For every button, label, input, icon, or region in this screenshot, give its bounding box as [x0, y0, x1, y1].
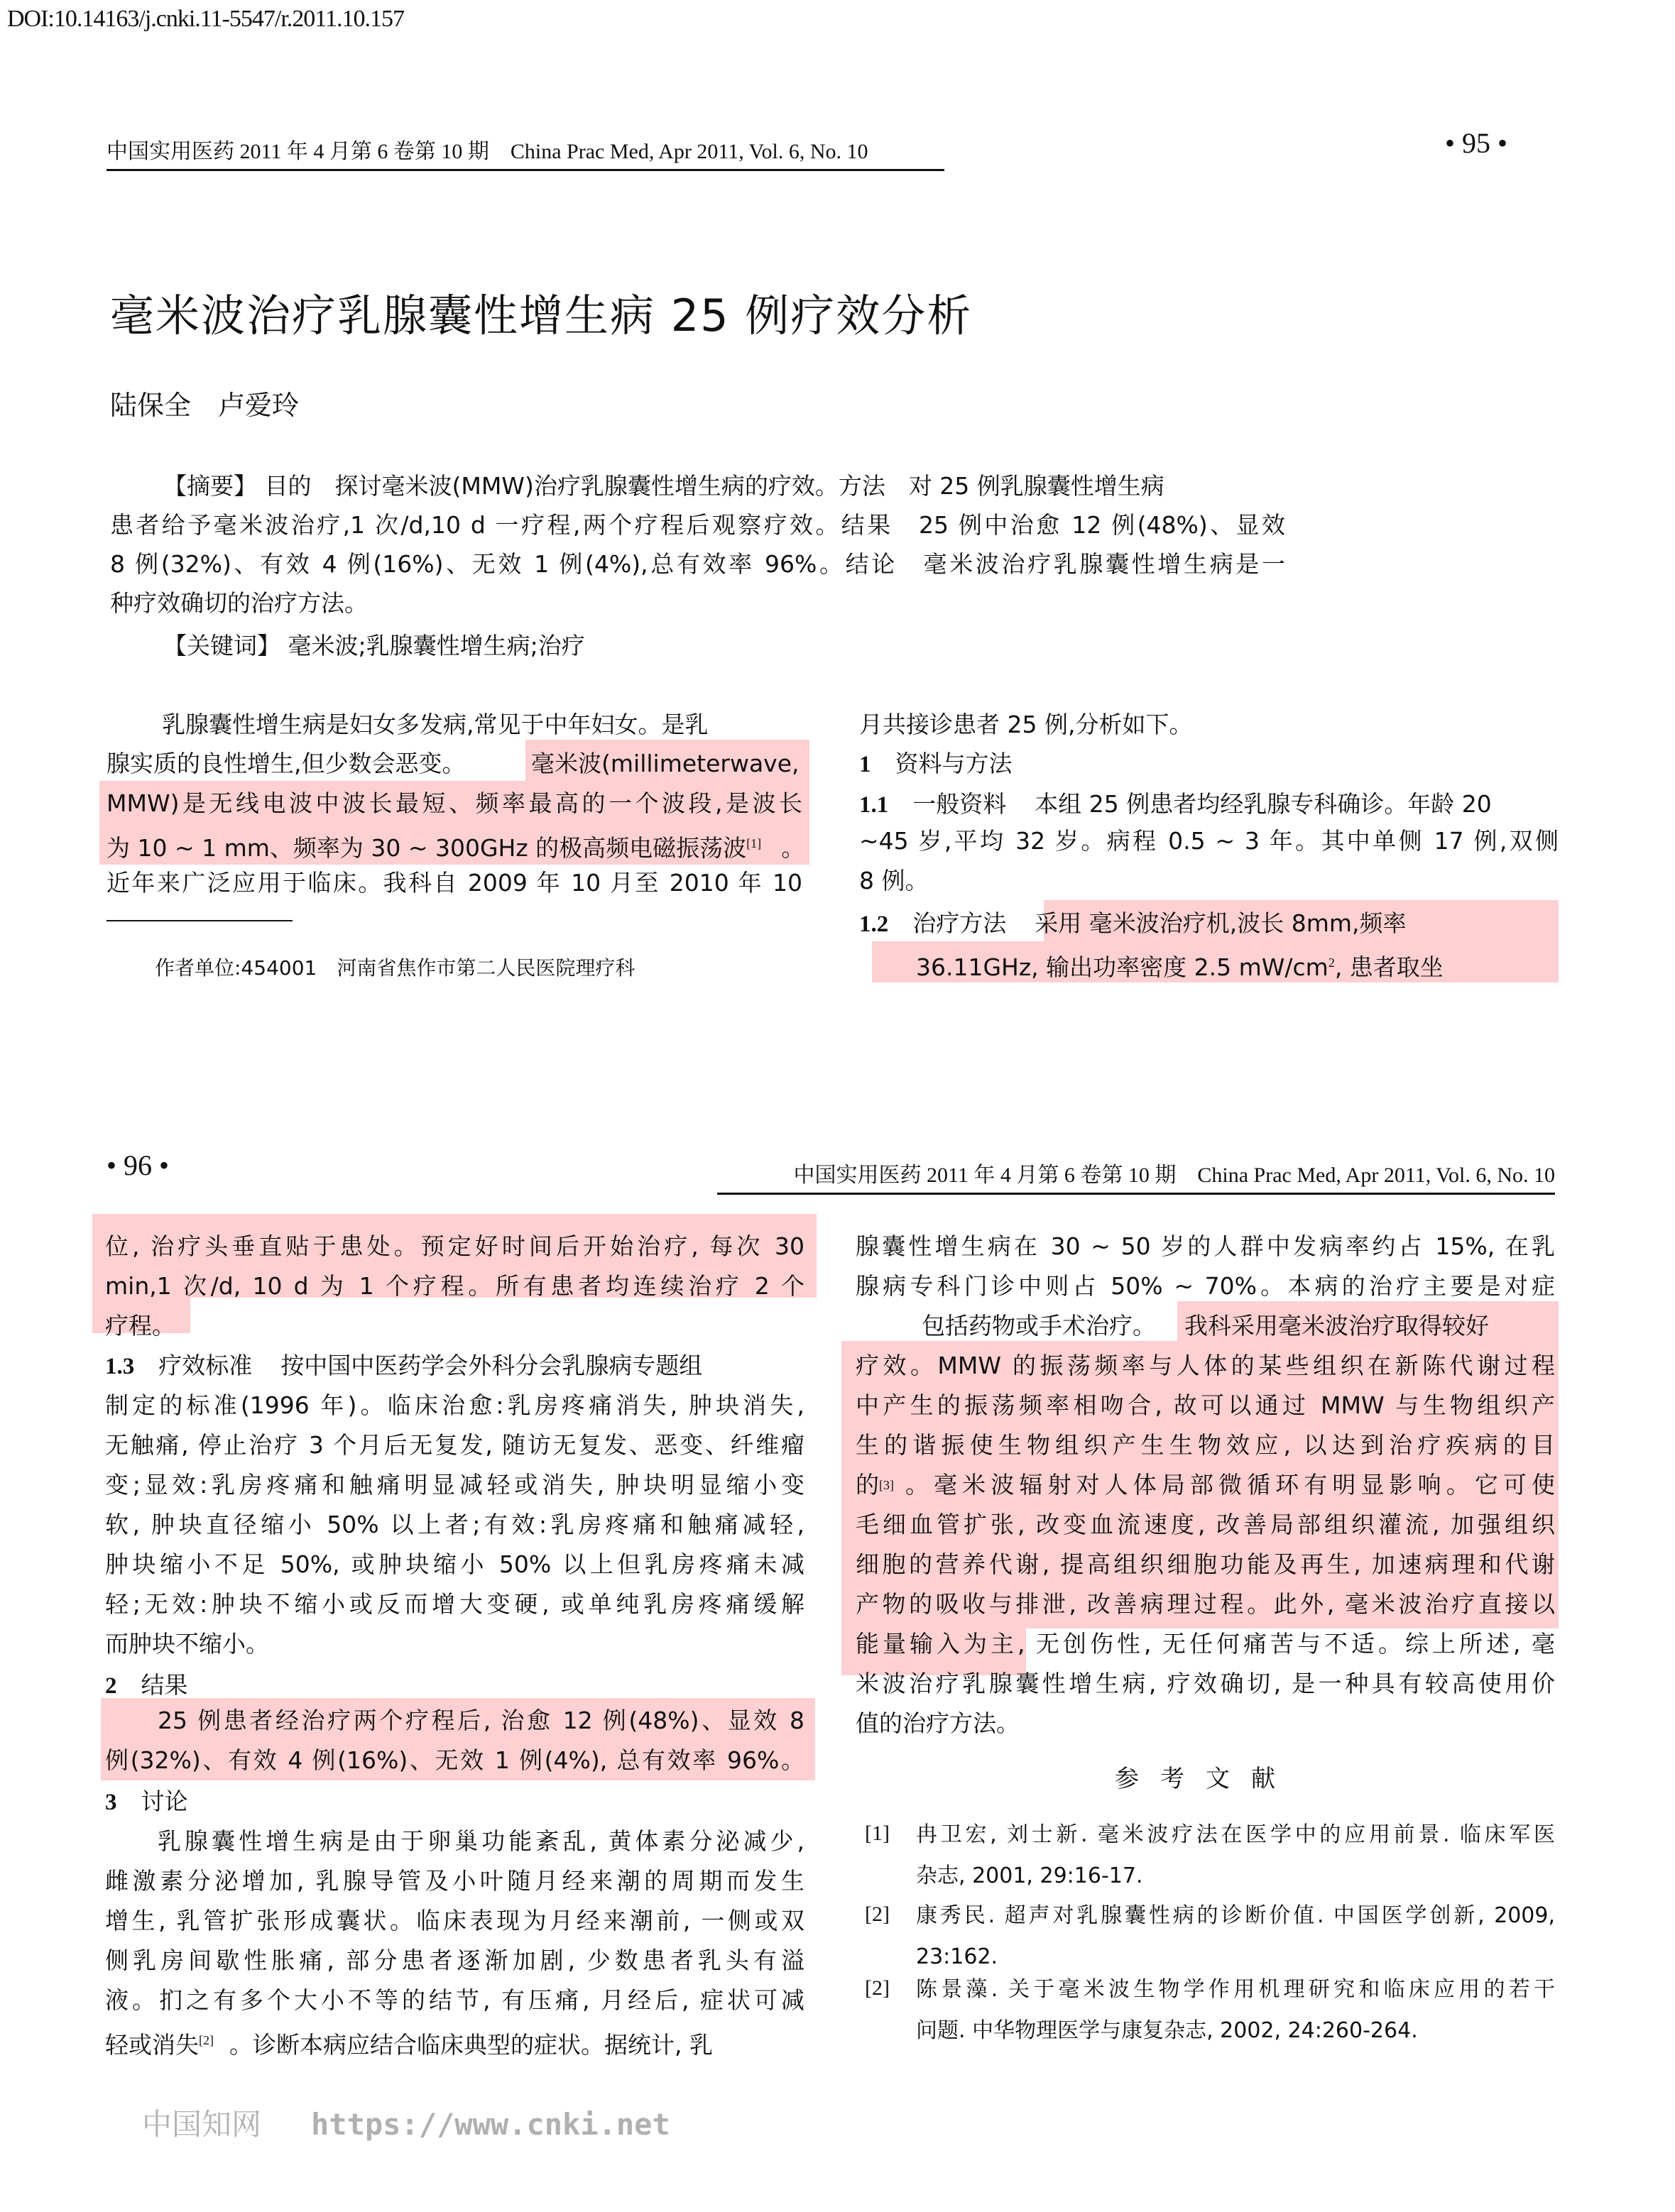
body-p1-line-5: 近年来广泛应用于临床。我科自 2009 年 10 月至 2010 年 10 — [107, 863, 802, 903]
citation-2[interactable]: [2] — [199, 2033, 214, 2047]
body-text: 。诊断本病应结合临床典型的症状。据统计, 乳 — [229, 2031, 713, 2059]
section-number: 1.1 — [859, 792, 888, 818]
body-col2-line: 8 例。 — [859, 861, 929, 901]
body-text: 36.11GHz, 输出功率密度 2.5 mW/cm — [916, 953, 1328, 981]
reference-2-line-1: 康秀民. 超声对乳腺囊性病的诊断价值. 中国医学创新, 2009, — [916, 1895, 1555, 1937]
body-line: 产物的吸收与排泄, 改善病理过程。此外, 毫米波治疗直接以 — [856, 1584, 1555, 1624]
body-line: min,1 次/d, 10 d 为 1 个疗程。所有患者均连续治疗 2 个 — [105, 1266, 804, 1306]
section-title: 疗效标准 — [158, 1352, 252, 1379]
abstract-line-2: 患者给予毫米波治疗,1 次/d,10 d 一疗程,两个疗程后观察疗效。结果 25… — [110, 505, 1285, 545]
running-header-page-95: 中国实用医药 2011 年 4 月第 6 卷第 10 期 China Prac … — [107, 133, 944, 171]
page-number-95: • 95 • — [1445, 126, 1507, 160]
body-line: 我科采用毫米波治疗取得较好 — [1184, 1306, 1489, 1346]
body-col2-line: 36.11GHz, 输出功率密度 2.5 mW/cm2, 患者取坐 — [916, 943, 1444, 982]
results-line-2: 例(32%)、有效 4 例(16%)、无效 1 例(4%), 总有效率 96%。 — [105, 1741, 804, 1780]
body-line: 腺囊性增生病在 30 ~ 50 岁的人群中发病率约占 15%, 在乳 — [856, 1227, 1555, 1266]
body-line: 中产生的振荡频率相吻合, 故可以通过 MMW 与生物组织产 — [856, 1386, 1555, 1425]
body-text: 本组 25 例患者均经乳腺专科确诊。年龄 20 — [1035, 790, 1491, 818]
body-line: 雌激素分泌增加, 乳腺导管及小叶随月经来潮的周期而发生 — [105, 1861, 804, 1901]
reference-number: [2] — [865, 1902, 890, 1927]
body-text: 的 — [856, 1465, 879, 1505]
section-1-heading: 1资料与方法 — [859, 745, 1013, 779]
body-text: 采用 毫米波治疗机,波长 8mm,频率 — [1035, 909, 1406, 937]
reference-3-line-1: 陈景藻. 关于毫米波生物学作用机理研究和临床应用的若干 — [916, 1969, 1555, 2010]
body-text: 轻或消失 — [105, 2031, 199, 2059]
section-1-1-heading: 1.1一般资料本组 25 例患者均经乳腺专科确诊。年龄 20 — [859, 786, 1492, 819]
body-text: 。毫米波辐射对人体局部微循环有明显影响。它可使 — [905, 1465, 1555, 1505]
authors: 陆保全 卢爱玲 — [110, 383, 299, 422]
body-text: 为 10 ~ 1 mm、频率为 30 ~ 300GHz 的极高频电磁振荡波 — [107, 834, 746, 862]
section-2-heading: 2结果 — [105, 1667, 188, 1700]
body-p1-line-3: MMW)是无线电波中波长最短、频率最高的一个波段,是波长 — [107, 784, 802, 823]
body-line: 增生, 乳管扩张形成囊状。临床表现为月经来潮前, 一侧或双 — [105, 1901, 804, 1941]
body-line: 而肿块不缩小。 — [105, 1624, 269, 1664]
section-number: 1.3 — [105, 1354, 134, 1379]
section-title: 结果 — [141, 1671, 188, 1699]
footnote-rule — [107, 920, 293, 921]
body-line: 无触痛, 停止治疗 3 个月后无复发, 随访无复发、恶变、纤维瘤 — [105, 1425, 804, 1465]
results-line-1: 25 例患者经治疗两个疗程后, 治愈 12 例(48%)、显效 8 — [158, 1701, 804, 1741]
body-line: 轻;无效:肿块不缩小或反而增大变硬, 或单纯乳房疼痛缓解 — [105, 1584, 804, 1624]
body-col2-line-1: 月共接诊患者 25 例,分析如下。 — [859, 705, 1192, 745]
section-number: 1 — [859, 752, 871, 777]
section-title: 一般资料 — [912, 790, 1006, 818]
body-line: 米波治疗乳腺囊性增生病, 疗效确切, 是一种具有较高使用价 — [856, 1664, 1555, 1704]
section-title: 资料与方法 — [895, 750, 1013, 777]
abstract-line-3: 8 例(32%)、有效 4 例(16%)、无效 1 例(4%),总有效率 96%… — [110, 544, 1285, 584]
body-p1-line-2b: 毫米波(millimeterwave, — [531, 744, 800, 784]
body-line: 侧乳房间歇性胀痛, 部分患者逐渐加剧, 少数患者乳头有溢 — [105, 1941, 804, 1981]
section-title: 治疗方法 — [912, 909, 1006, 937]
body-line: 的[3]。毫米波辐射对人体局部微循环有明显影响。它可使 — [856, 1465, 1555, 1505]
body-p1-line-1: 乳腺囊性增生病是妇女多发病,常见于中年妇女。是乳 — [162, 705, 709, 745]
section-title: 讨论 — [141, 1787, 188, 1815]
keywords: 【关键词】 毫米波;乳腺囊性增生病;治疗 — [163, 626, 585, 666]
watermark-url[interactable]: https://www.cnki.net — [311, 2107, 670, 2142]
body-line: 轻或消失[2]。诊断本病应结合临床典型的症状。据统计, 乳 — [105, 2020, 713, 2060]
body-line: 制定的标准(1996 年)。临床治愈:乳房疼痛消失, 肿块消失, — [105, 1386, 804, 1425]
body-line: 肿块缩小不足 50%, 或肿块缩小 50% 以上但乳房疼痛未减 — [105, 1545, 804, 1584]
period: 。 — [781, 834, 804, 862]
reference-3-line-2: 问题. 中华物理医学与康复杂志, 2002, 24:260-264. — [916, 2010, 1418, 2052]
body-p1-line-2: 腺实质的良性增生,但少数会恶变。 — [107, 744, 466, 784]
body-line: 能量输入为主, 无创伤性, 无任何痛苦与不适。综上所述, 毫 — [856, 1624, 1555, 1664]
body-line: 液。扪之有多个大小不等的结节, 有压痛, 月经后, 症状可减 — [105, 1981, 804, 2020]
body-line: 包括药物或手术治疗。 — [922, 1306, 1156, 1346]
body-line: 毛细血管扩张, 改变血流速度, 改善局部组织灌流, 加强组织 — [856, 1505, 1555, 1545]
author-affiliation: 作者单位:454001 河南省焦作市第二人民医院理疗科 — [155, 948, 635, 988]
section-number: 1.2 — [859, 911, 888, 937]
body-line: 生的谐振使生物组织产生生物效应, 以达到治疗疾病的目 — [856, 1425, 1555, 1465]
running-header-page-96: 中国实用医药 2011 年 4 月第 6 卷第 10 期 China Prac … — [717, 1157, 1555, 1195]
section-number: 2 — [105, 1673, 117, 1699]
body-text: 按中国中医药学会外科分会乳腺病专题组 — [280, 1352, 702, 1379]
body-line: 乳腺囊性增生病是由于卵巢功能紊乱, 黄体素分泌减少, — [158, 1822, 804, 1861]
section-number: 3 — [105, 1790, 117, 1815]
reference-number: [2] — [865, 1976, 890, 2000]
body-p1-line-4: 为 10 ~ 1 mm、频率为 30 ~ 300GHz 的极高频电磁振荡波[1]… — [107, 823, 804, 863]
section-1-3-heading: 1.3疗效标准按中国中医药学会外科分会乳腺病专题组 — [105, 1347, 702, 1381]
body-line: 变;显效:乳房疼痛和触痛明显减轻或消失, 肿块明显缩小变 — [105, 1465, 804, 1505]
reference-1-line-1: 冉卫宏, 刘士新. 毫米波疗法在医学中的应用前景. 临床军医 — [916, 1814, 1555, 1856]
page-number-96: • 96 • — [107, 1149, 169, 1182]
section-1-2-heading: 1.2治疗方法采用 毫米波治疗机,波长 8mm,频率 — [859, 905, 1407, 938]
doi: DOI:10.14163/j.cnki.11-5547/r.2011.10.15… — [7, 6, 404, 33]
body-col2-line: ~45 岁,平均 32 岁。病程 0.5 ~ 3 年。其中单侧 17 例,双侧 — [859, 821, 1559, 861]
superscript: 2 — [1328, 956, 1335, 970]
body-line: 软, 肿块直径缩小 50% 以上者;有效:乳房疼痛和触痛减轻, — [105, 1505, 804, 1545]
reference-1-line-2: 杂志, 2001, 29:16-17. — [916, 1856, 1142, 1897]
body-text: , 患者取坐 — [1335, 953, 1444, 981]
body-line: 疗程。 — [105, 1306, 175, 1346]
body-line: 值的治疗方法。 — [856, 1704, 1020, 1743]
section-3-heading: 3讨论 — [105, 1783, 188, 1817]
watermark-site-name: 中国知网 — [142, 2107, 261, 2142]
references-heading: 参考文献 — [1115, 1759, 1297, 1794]
abstract-line-4: 种疗效确切的治疗方法。 — [110, 584, 368, 623]
citation-3[interactable]: [3] — [879, 1465, 894, 1505]
cnki-watermark: 中国知网https://www.cnki.net — [142, 2101, 670, 2144]
body-line: 疗效。MMW 的振荡频率与人体的某些组织在新陈代谢过程 — [856, 1346, 1555, 1386]
article-title: 毫米波治疗乳腺囊性增生病 25 例疗效分析 — [110, 280, 972, 344]
citation-1[interactable]: [1] — [746, 836, 761, 850]
body-line: 腺病专科门诊中则占 50% ~ 70%。本病的治疗主要是对症 — [856, 1266, 1555, 1306]
body-line: 位, 治疗头垂直贴于患处。预定好时间后开始治疗, 每次 30 — [105, 1227, 804, 1266]
body-line: 细胞的营养代谢, 提高组织细胞功能及再生, 加速病理和代谢 — [856, 1545, 1555, 1584]
abstract-line-1: 【摘要】 目的 探讨毫米波(MMW)治疗乳腺囊性增生病的疗效。方法 对 25 例… — [163, 466, 1285, 506]
reference-number: [1] — [865, 1822, 890, 1846]
